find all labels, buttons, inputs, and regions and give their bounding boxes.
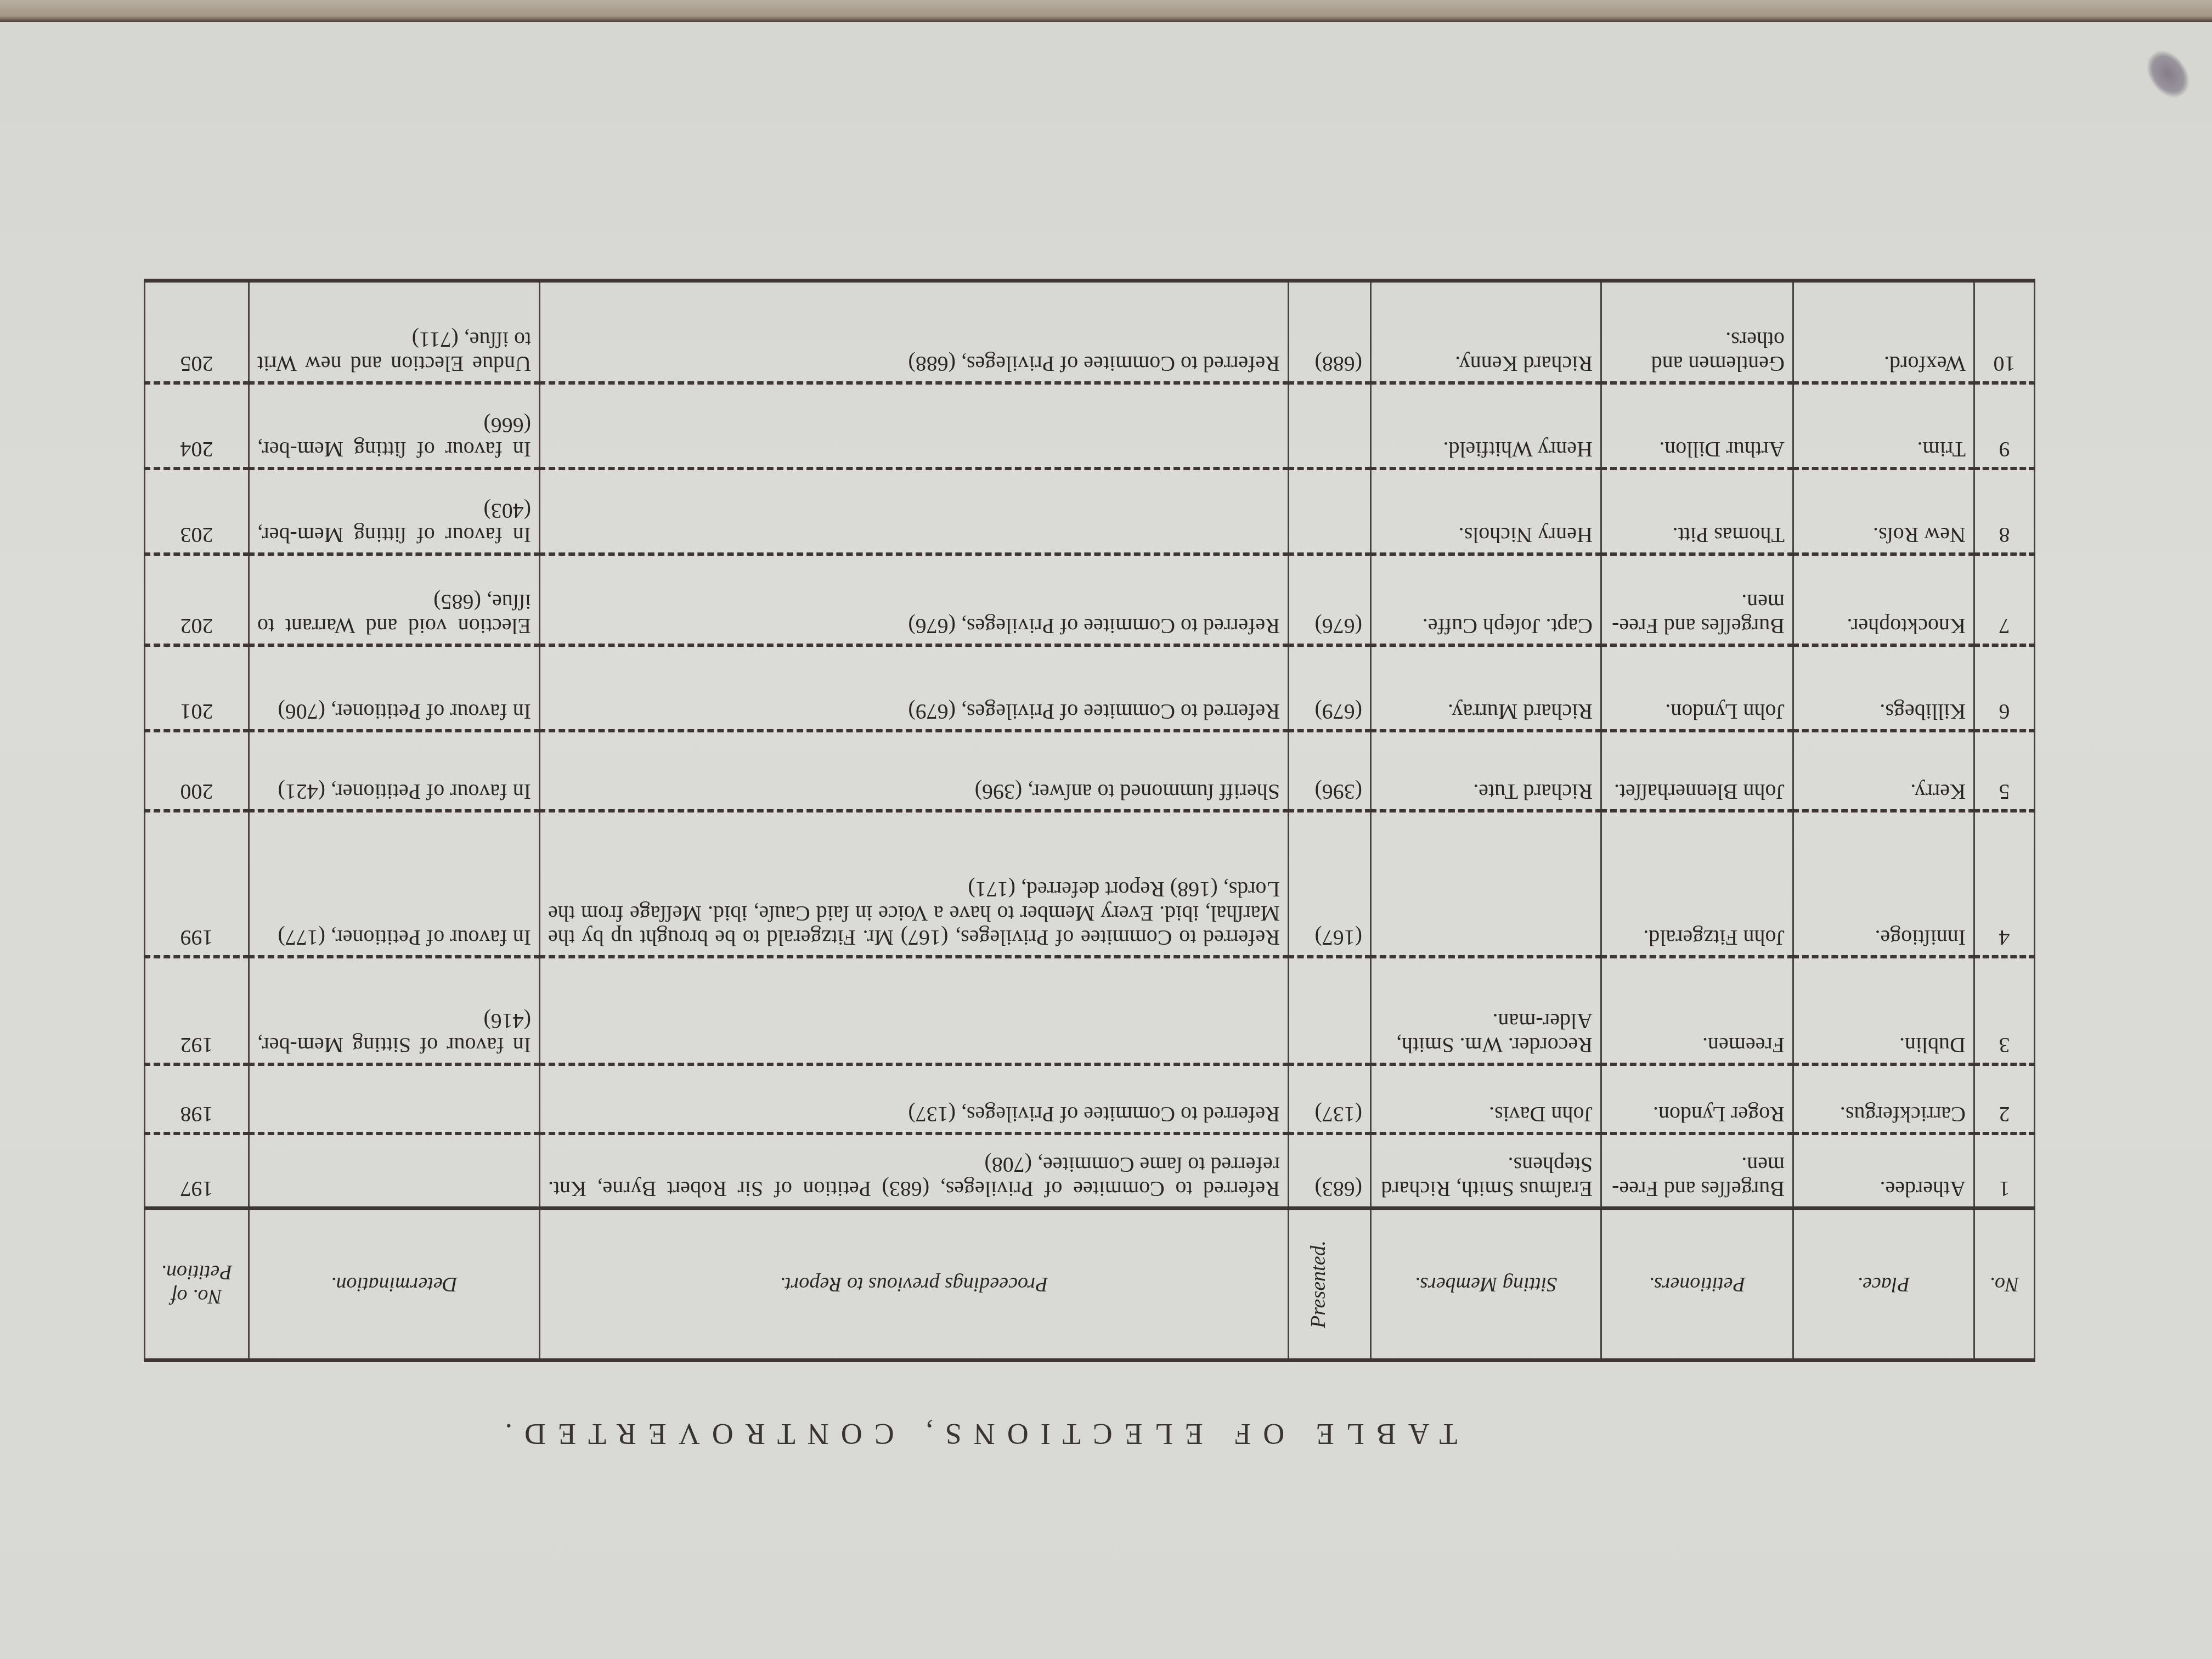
book-spine-edge — [0, 0, 2212, 23]
cell-presented: (137) — [1289, 1064, 1371, 1133]
cell-proceedings: Referred to Commitee of Privileges, (676… — [540, 554, 1289, 645]
cell-determination — [249, 1133, 540, 1209]
cell-no: 8 — [1974, 469, 2035, 554]
header-petitioners: Petitioners. — [1601, 1209, 1793, 1361]
cell-sitting-members: Capt. Joſeph Cuffe. — [1371, 554, 1601, 645]
cell-sitting-members: Recorder. Wm. Smith, Alder-man. — [1371, 957, 1601, 1064]
cell-petition-no: 197 — [145, 1133, 249, 1209]
cell-determination: Undue Election and new Writ to iſſue, (7… — [249, 281, 540, 383]
cell-petitioners: Roger Lyndon. — [1601, 1064, 1793, 1133]
cell-no: 9 — [1974, 383, 2035, 469]
cell-determination: In favour of Petitioner, (177) — [249, 811, 540, 957]
cell-petitioners: Arthur Dillon. — [1601, 383, 1793, 469]
header-sitting-members: Sitting Members. — [1371, 1209, 1601, 1361]
cell-proceedings — [540, 957, 1289, 1064]
cell-no: 2 — [1974, 1064, 2035, 1133]
cell-petition-no: 200 — [145, 731, 249, 811]
header-presented: Presented. — [1289, 1209, 1371, 1361]
cell-petition-no: 199 — [145, 811, 249, 957]
cell-petitioners: John Lyndon. — [1601, 645, 1793, 731]
cell-place: Carrickfergus. — [1793, 1064, 1974, 1133]
cell-petition-no: 202 — [145, 554, 249, 645]
cell-presented: (683) — [1289, 1133, 1371, 1209]
cell-place: Kerry. — [1793, 731, 1974, 811]
cell-proceedings: Referred to Commitee of Privileges, (683… — [540, 1133, 1289, 1209]
cell-presented: (679) — [1289, 645, 1371, 731]
cell-presented: (676) — [1289, 554, 1371, 645]
cell-sitting-members — [1371, 811, 1601, 957]
cell-determination: Election void and Warrant to iſſue, (685… — [249, 554, 540, 645]
cell-place: Knocktopher. — [1793, 554, 1974, 645]
cell-presented: (396) — [1289, 731, 1371, 811]
cell-proceedings: Referred to Commitee of Privileges, (679… — [540, 645, 1289, 731]
cell-place: Atherdee. — [1793, 1133, 1974, 1209]
table-row: 9Trim.Arthur Dillon.Henry Whitfield.In f… — [145, 383, 2035, 469]
elections-table: No. Place. Petitioners. Sitting Members.… — [144, 279, 2035, 1362]
table-row: 5Kerry.John Blennerhaſſet.Richard Tute.(… — [145, 731, 2035, 811]
table-row: 4Inniſtioge.John Fitzgerald.(167)Referre… — [145, 811, 2035, 957]
cell-no: 4 — [1974, 811, 2035, 957]
cell-place: Dublin. — [1793, 957, 1974, 1064]
page-title: TABLE OF ELECTIONS, CONTROVERTED. — [145, 1407, 2035, 1451]
table-row: 3Dublin.Freemen.Recorder. Wm. Smith, Ald… — [145, 957, 2035, 1064]
header-petition-no: No. of Petition. — [145, 1209, 249, 1361]
cell-presented: (688) — [1289, 281, 1371, 383]
cell-place: Wexford. — [1793, 281, 1974, 383]
cell-sitting-members: Henry Nichols. — [1371, 469, 1601, 554]
cell-presented — [1289, 957, 1371, 1064]
cell-place: New Roſs. — [1793, 469, 1974, 554]
cell-sitting-members: Henry Whitfield. — [1371, 383, 1601, 469]
cell-petition-no: 204 — [145, 383, 249, 469]
cell-petition-no: 201 — [145, 645, 249, 731]
cell-no: 6 — [1974, 645, 2035, 731]
cell-no: 10 — [1974, 281, 2035, 383]
cell-determination: In favour of ſitting Mem-ber, (666) — [249, 383, 540, 469]
cell-proceedings: Sheriff ſummoned to anſwer, (396) — [540, 731, 1289, 811]
cell-petition-no: 203 — [145, 469, 249, 554]
cell-proceedings: Referred to Commitee of Privileges, (688… — [540, 281, 1289, 383]
table-row: 2Carrickfergus.Roger Lyndon.John Davis.(… — [145, 1064, 2035, 1133]
cell-sitting-members: Richard Tute. — [1371, 731, 1601, 811]
cell-petition-no: 198 — [145, 1064, 249, 1133]
cell-proceedings — [540, 469, 1289, 554]
cell-petitioners: Burgeſſes and Free-men. — [1601, 1133, 1793, 1209]
cell-place: Killibegs. — [1793, 645, 1974, 731]
table-row: 1Atherdee.Burgeſſes and Free-men.Eraſmus… — [145, 1133, 2035, 1209]
header-presented-label: Presented. — [1306, 1240, 1330, 1328]
header-determination: Determination. — [249, 1209, 540, 1361]
cell-sitting-members: Richard Kenny. — [1371, 281, 1601, 383]
cell-no: 5 — [1974, 731, 2035, 811]
cell-determination — [249, 1064, 540, 1133]
table-row: 8New Roſs.Thomas Pitt.Henry Nichols.In f… — [145, 469, 2035, 554]
cell-presented — [1289, 469, 1371, 554]
table-row: 7Knocktopher.Burgeſſes and Free-men.Capt… — [145, 554, 2035, 645]
cell-presented — [1289, 383, 1371, 469]
cell-determination: In favour of ſitting Mem-ber, (403) — [249, 469, 540, 554]
cell-petition-no: 205 — [145, 281, 249, 383]
cell-no: 3 — [1974, 957, 2035, 1064]
cell-petitioners: Thomas Pitt. — [1601, 469, 1793, 554]
header-proceedings: Proceedings previous to Report. — [540, 1209, 1289, 1361]
cell-petitioners: John Blennerhaſſet. — [1601, 731, 1793, 811]
cell-sitting-members: Eraſmus Smith, Richard Stephens. — [1371, 1133, 1601, 1209]
cell-petitioners: Gentlemen and others. — [1601, 281, 1793, 383]
cell-no: 7 — [1974, 554, 2035, 645]
table-header-row: No. Place. Petitioners. Sitting Members.… — [145, 1209, 2035, 1361]
printed-page-block: TABLE OF ELECTIONS, CONTROVERTED. No. Pl… — [145, 315, 2035, 1451]
table-row: 10Wexford.Gentlemen and others.Richard K… — [145, 281, 2035, 383]
cell-proceedings: Referred to Commitee of Privileges, (167… — [540, 811, 1289, 957]
cell-proceedings — [540, 383, 1289, 469]
cell-petitioners: Burgeſſes and Free-men. — [1601, 554, 1793, 645]
cell-proceedings: Referred to Commitee of Privileges, (137… — [540, 1064, 1289, 1133]
cell-petitioners: John Fitzgerald. — [1601, 811, 1793, 957]
cell-presented: (167) — [1289, 811, 1371, 957]
cell-determination: In favour of Sitting Mem-ber, (416) — [249, 957, 540, 1064]
header-place: Place. — [1793, 1209, 1974, 1361]
cell-sitting-members: Richard Murray. — [1371, 645, 1601, 731]
cell-sitting-members: John Davis. — [1371, 1064, 1601, 1133]
cell-petitioners: Freemen. — [1601, 957, 1793, 1064]
table-row: 6Killibegs.John Lyndon.Richard Murray.(6… — [145, 645, 2035, 731]
cell-place: Trim. — [1793, 383, 1974, 469]
cell-place: Inniſtioge. — [1793, 811, 1974, 957]
header-no: No. — [1974, 1209, 2035, 1361]
cell-no: 1 — [1974, 1133, 2035, 1209]
cell-petition-no: 192 — [145, 957, 249, 1064]
cell-determination: In favour of Petitioner, (706) — [249, 645, 540, 731]
cell-determination: In favour of Petitioner, (421) — [249, 731, 540, 811]
